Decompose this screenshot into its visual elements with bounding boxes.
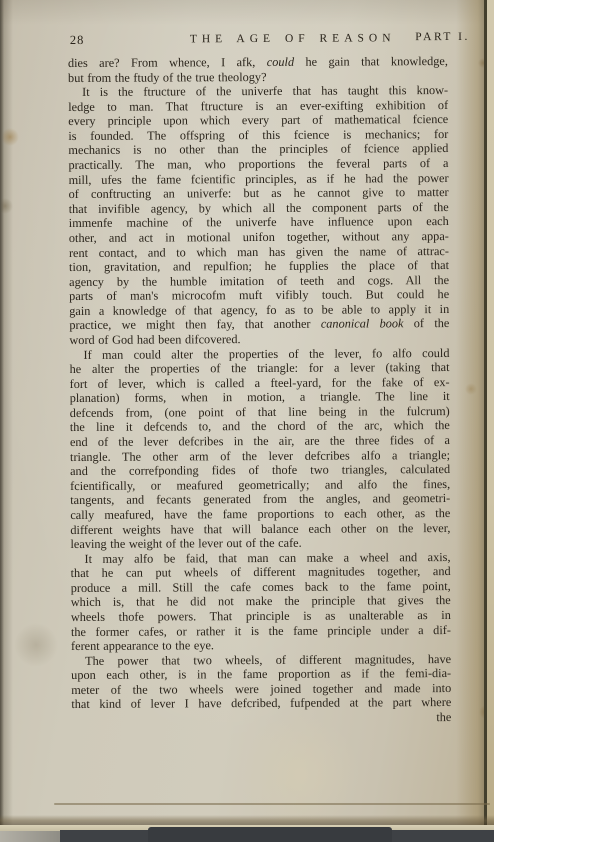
text-line: the former cafes, or rather it is the fa…: [71, 623, 451, 640]
underlying-leaf-edge: [487, 0, 494, 832]
printed-text-layer: 28 THE AGE OF REASON PART I. dies are? F…: [68, 0, 452, 760]
scanned-book-page: { "page": { "number": "28", "running_tit…: [0, 0, 595, 842]
text-line: dies are? From whence, I afk, could he g…: [68, 54, 448, 71]
page-left-gutter-edge: [0, 0, 4, 832]
running-title: THE AGE OF REASON: [190, 32, 396, 45]
bottom-tear-shadow: [0, 815, 494, 825]
text-line: practice, we might then fay, that anothe…: [69, 316, 449, 333]
bottom-tear-line: [54, 803, 490, 805]
body-text: dies are? From whence, I afk, could he g…: [68, 54, 452, 727]
text-line: different weights have that will balance…: [70, 521, 450, 538]
page-header: 28 THE AGE OF REASON PART I.: [68, 31, 470, 48]
text-line: the: [71, 710, 451, 727]
scanner-bed-bar-step: [148, 827, 392, 842]
page-number: 28: [70, 33, 85, 48]
text-line: that kind of lever I have defcribed, fuf…: [71, 695, 451, 712]
page-right-fold-shadow: [456, 0, 485, 832]
part-label: PART I.: [415, 31, 470, 43]
scanner-bed-corner: [0, 831, 60, 842]
